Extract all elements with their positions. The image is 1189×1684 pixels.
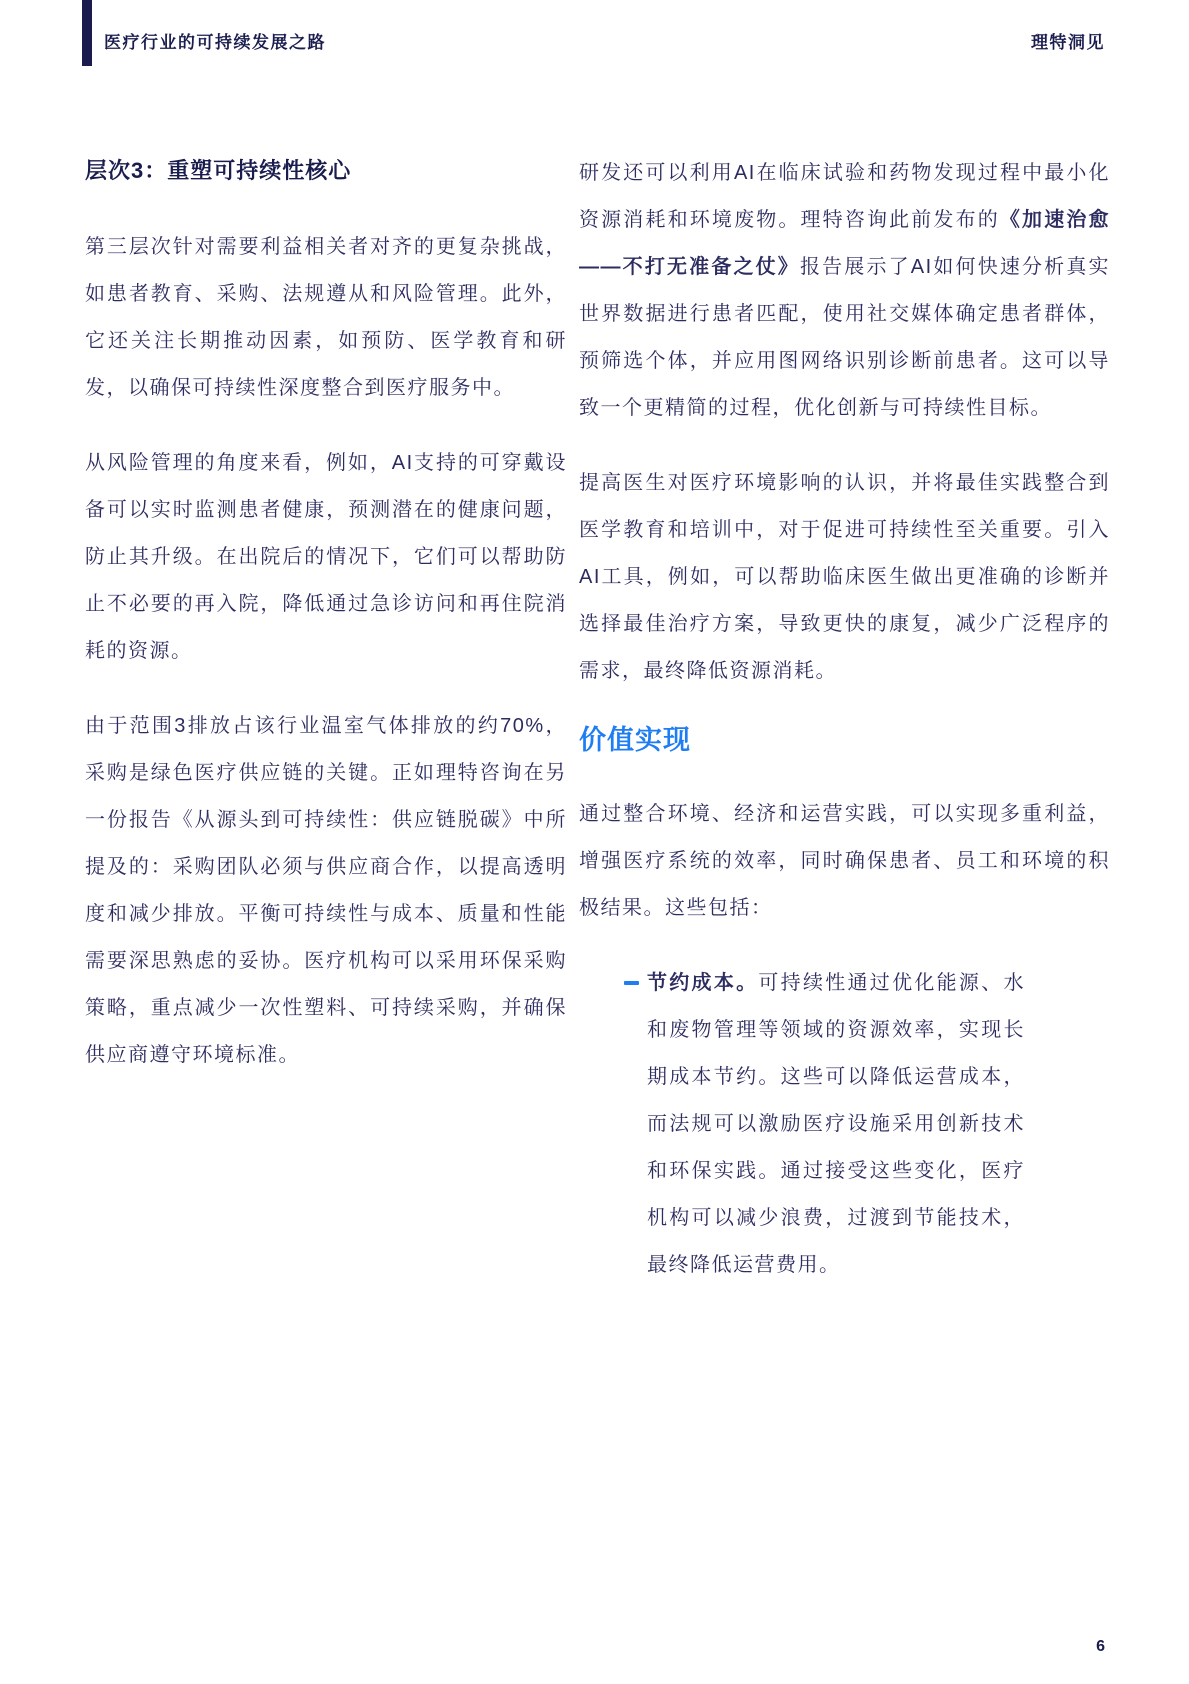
tier3-heading: 层次3：重塑可持续性核心 [85,156,567,186]
header-brand-title: 理特洞见 [1031,28,1105,53]
value-realization-heading: 价值实现 [579,723,1110,757]
bullet-label: 节约成本。 [647,972,758,994]
page-number: 6 [1096,1638,1105,1656]
right-column: 研发还可以利用AI在临床试验和药物发现过程中最小化资源消耗和环境废物。理特咨询此… [579,150,1110,1289]
header-accent-bar [82,0,92,66]
paragraph-scope3-procurement: 由于范围3排放占该行业温室气体排放的约70%，采购是绿色医疗供应链的关键。正如理… [85,703,567,1079]
paragraph-tier3-overview: 第三层次针对需要利益相关者对齐的更复杂挑战，如患者教育、采购、法规遵从和风险管理… [85,224,567,412]
document-page: 医疗行业的可持续发展之路 理特洞见 层次3：重塑可持续性核心 第三层次针对需要利… [0,0,1189,1684]
paragraph-rd-ai: 研发还可以利用AI在临床试验和药物发现过程中最小化资源消耗和环境废物。理特咨询此… [579,150,1110,432]
bullet-dash-icon [624,981,639,985]
bullet-content: 节约成本。可持续性通过优化能源、水和废物管理等领域的资源效率，实现长期成本节约。… [647,960,1025,1289]
paragraph-risk-management: 从风险管理的角度来看，例如，AI支持的可穿戴设备可以实时监测患者健康，预测潜在的… [85,440,567,675]
paragraph-value-intro: 通过整合环境、经济和运营实践，可以实现多重利益，增强医疗系统的效率，同时确保患者… [579,791,1110,932]
bullet-text: 可持续性通过优化能源、水和废物管理等领域的资源效率，实现长期成本节约。这些可以降… [647,972,1025,1276]
list-item-cost-savings: 节约成本。可持续性通过优化能源、水和废物管理等领域的资源效率，实现长期成本节约。… [579,960,1110,1289]
left-column: 层次3：重塑可持续性核心 第三层次针对需要利益相关者对齐的更复杂挑战，如患者教育… [85,150,567,1289]
header-document-title: 医疗行业的可持续发展之路 [104,28,326,53]
paragraph-physician-awareness: 提高医生对医疗环境影响的认识，并将最佳实践整合到医学教育和培训中，对于促进可持续… [579,460,1110,695]
content-columns: 层次3：重塑可持续性核心 第三层次针对需要利益相关者对齐的更复杂挑战，如患者教育… [85,150,1110,1289]
